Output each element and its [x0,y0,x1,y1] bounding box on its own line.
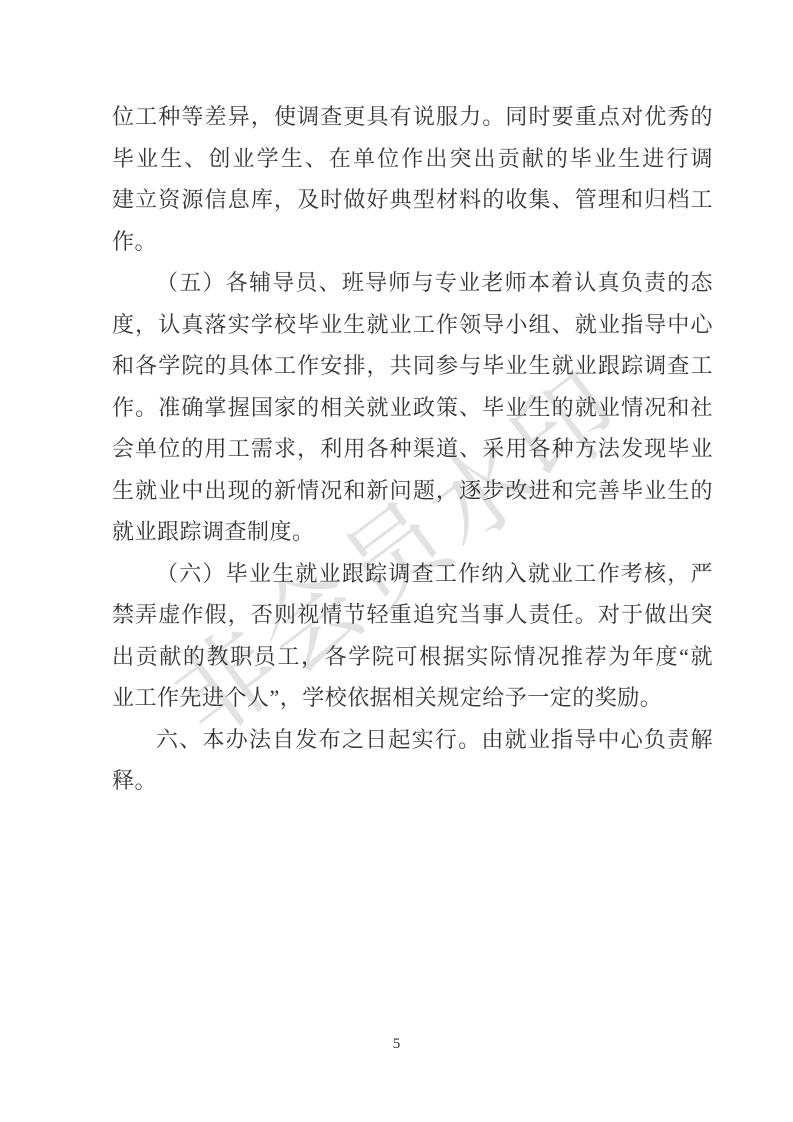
text-line: 会单位的用工需求，利用各种渠道、采用各种方法发现毕业 [112,428,713,470]
paragraph-item-6: （六）毕业生就业跟踪调查工作纳入就业工作考核，严 禁弄虚作假，否则视情节轻重追究… [112,553,713,719]
text-line: 位工种等差异，使调查更具有说服力。同时要重点对优秀的 [112,96,713,138]
text-line: 释。 [112,760,713,802]
page-number: 5 [0,1036,793,1053]
text-line: 禁弄虚作假，否则视情节轻重追究当事人责任。对于做出突 [112,594,713,636]
text-line: 和各学院的具体工作安排，共同参与毕业生就业跟踪调查工 [112,345,713,387]
text-line: 建立资源信息库，及时做好典型材料的收集、管理和归档工 [112,179,713,221]
text-line: 作。 [112,221,713,263]
text-line: （五）各辅导员、班导师与专业老师本着认真负责的态 [112,262,713,304]
text-line: 出贡献的教职员工，各学院可根据实际情况推荐为年度“就 [112,636,713,678]
text-line: 六、本办法自发布之日起实行。由就业指导中心负责解 [112,719,713,761]
document-body: 位工种等差异，使调查更具有说服力。同时要重点对优秀的 毕业生、创业学生、在单位作… [112,96,713,802]
paragraph-continuation: 位工种等差异，使调查更具有说服力。同时要重点对优秀的 毕业生、创业学生、在单位作… [112,96,713,262]
text-line: 作。准确掌握国家的相关就业政策、毕业生的就业情况和社 [112,387,713,429]
text-line: 生就业中出现的新情况和新问题，逐步改进和完善毕业生的 [112,470,713,512]
paragraph-closing: 六、本办法自发布之日起实行。由就业指导中心负责解 释。 [112,719,713,802]
paragraph-item-5: （五）各辅导员、班导师与专业老师本着认真负责的态 度，认真落实学校毕业生就业工作… [112,262,713,553]
text-line: （六）毕业生就业跟踪调查工作纳入就业工作考核，严 [112,553,713,595]
document-page: 非会员水印 位工种等差异，使调查更具有说服力。同时要重点对优秀的 毕业生、创业学… [0,0,793,1122]
text-line: 就业跟踪调查制度。 [112,511,713,553]
text-line: 毕业生、创业学生、在单位作出突出贡献的毕业生进行调查， [112,138,713,180]
text-line: 业工作先进个人”，学校依据相关规定给予一定的奖励。 [112,677,713,719]
text-line: 度，认真落实学校毕业生就业工作领导小组、就业指导中心 [112,304,713,346]
